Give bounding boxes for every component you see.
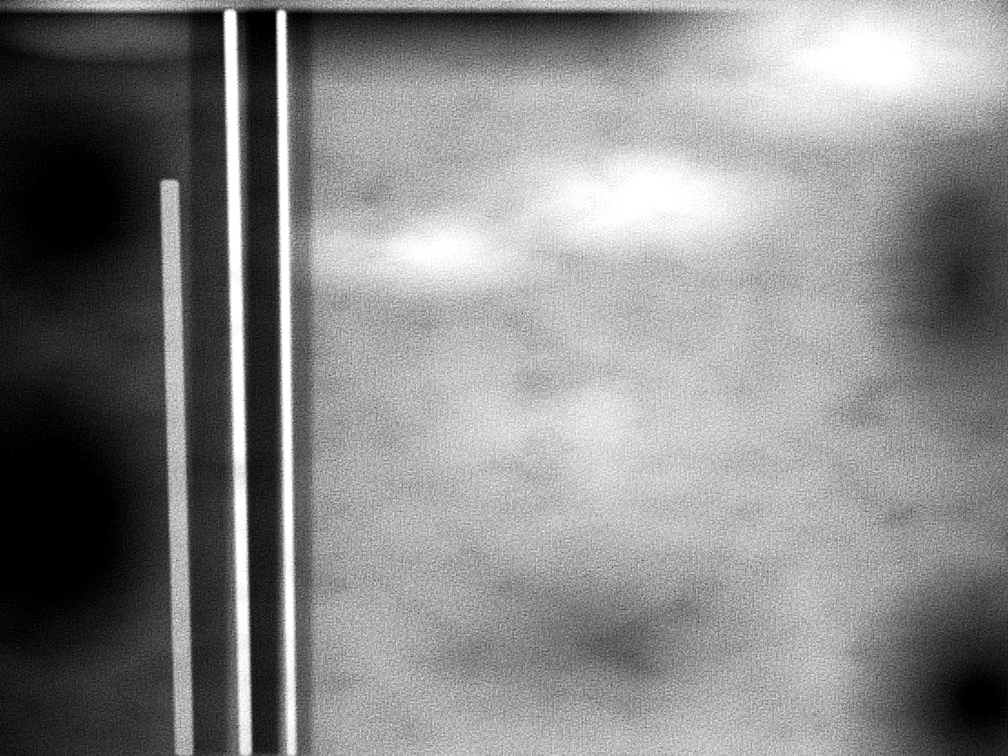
contrast-overlay xyxy=(0,0,1008,756)
grunge-texture-photo xyxy=(0,0,1008,756)
